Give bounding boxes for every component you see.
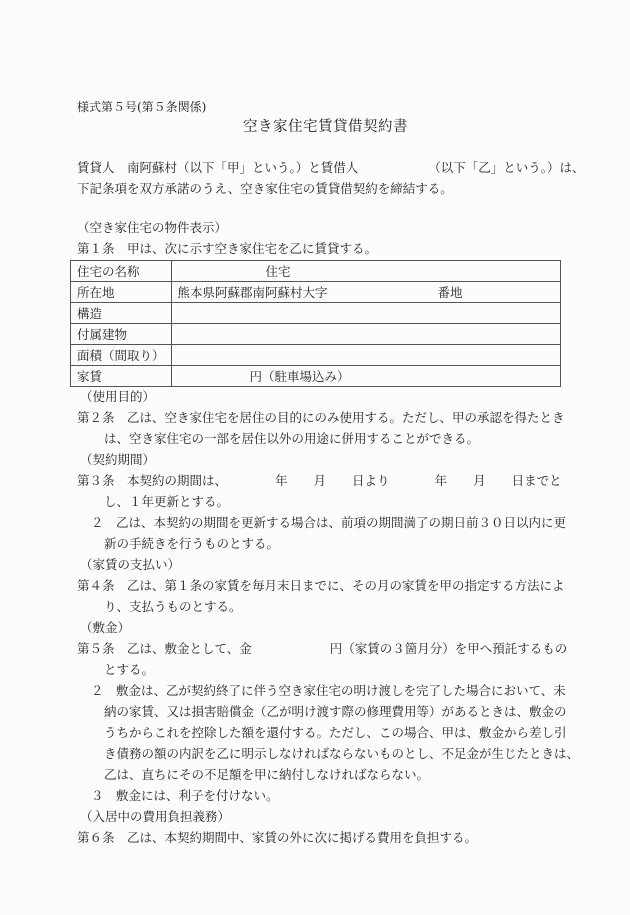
table-row: 付属建物	[71, 324, 561, 345]
article-5-para-2-line-5: 乙は、直ちにその不足額を甲に納付しなければならない。	[104, 769, 429, 782]
row-value-structure	[171, 303, 560, 324]
row-label-structure: 構造	[71, 303, 172, 324]
address-suffix: 番地	[438, 285, 463, 300]
property-table: 住宅の名称 住宅 所在地 熊本県阿蘇郡南阿蘇村大字番地 構造 付属建物 面積（間…	[70, 260, 561, 387]
article-5-para-2-line-1: ２ 敷金は、乙が契約終了に伴う空き家住宅の明け渡しを完了した場合において、未	[91, 685, 566, 698]
house-suffix: 住宅	[266, 264, 291, 279]
row-value-location: 熊本県阿蘇郡南阿蘇村大字番地	[171, 282, 560, 303]
row-label-area: 面積（間取り）	[71, 345, 172, 366]
article-4-line-2: り、支払うものとする。	[104, 601, 242, 614]
form-number: 様式第５号(第５条関係)	[77, 101, 206, 113]
preamble-line-2: 下記条項を双方承諾のうえ、空き家住宅の賃貸借契約を締結する。	[77, 183, 453, 196]
preamble-tail-text: （以下「乙」という。）は、	[428, 160, 584, 175]
article-3-heading: （契約期間）	[80, 454, 155, 467]
deposit-tail: 円（家賃の３箇月分）を甲へ預託するもの	[330, 641, 568, 656]
article-3-line-1: 第３条 本契約の期間は、年月日より年月日までと	[77, 475, 562, 488]
article-3-para-2-line-1: ２ 乙は、本契約の期間を更新する場合は、前項の期間満了の期日前３０日以内に更	[91, 517, 566, 530]
end-day-label: 日までと	[512, 473, 562, 488]
table-row: 所在地 熊本県阿蘇郡南阿蘇村大字番地	[71, 282, 561, 303]
article-3-line-2: し、１年更新とする。	[104, 496, 229, 509]
start-day-label: 日より	[352, 473, 390, 488]
article-5-line-1: 第５条 乙は、敷金として、金円（家賃の３箇月分）を甲へ預託するもの	[77, 643, 567, 656]
article-5-para-2-line-3: うちからこれを控除した額を還付する。ただし、この場合、甲は、敷金から差し引	[104, 727, 567, 740]
deposit-intro: 第５条 乙は、敷金として、金	[77, 641, 252, 656]
preamble-line-1: 賃貸人 南阿蘇村（以下「甲」という。）と賃借人（以下「乙」という。）は、	[77, 162, 585, 175]
article-2-line-1: 第２条 乙は、空き家住宅を居住の目的にのみ使用する。ただし、甲の承認を得たとき	[77, 412, 565, 425]
rent-suffix: 円（駐車場込み）	[250, 369, 350, 384]
row-value-annex	[171, 324, 560, 345]
article-5-para-2-line-2: 納の家賃、又は損害賠償金（乙が明け渡す際の修理費用等）があるときは、敷金の	[104, 706, 567, 719]
article-5-para-2-line-4: き債務の額の内訳を乙に明示しなければならないものとし、不足金が生じたときは、	[104, 748, 579, 761]
row-value-house-name: 住宅	[171, 261, 560, 282]
start-month-label: 月	[314, 473, 327, 488]
end-month-label: 月	[473, 473, 486, 488]
address-prefix: 熊本県阿蘇郡南阿蘇村大字	[178, 285, 328, 300]
table-row: 構造	[71, 303, 561, 324]
article-1-text: 第１条 甲は、次に示す空き家住宅を乙に賃貸する。	[77, 243, 377, 256]
article-2-line-2: は、空き家住宅の一部を居住以外の用途に併用することができる。	[104, 433, 479, 446]
row-label-location: 所在地	[71, 282, 172, 303]
table-row: 住宅の名称 住宅	[71, 261, 561, 282]
row-label-annex: 付属建物	[71, 324, 172, 345]
article-6-heading: （入居中の費用負担義務）	[80, 811, 230, 824]
period-intro: 第３条 本契約の期間は、	[77, 473, 227, 488]
article-5-para-3: ３ 敷金には、利子を付けない。	[91, 790, 279, 803]
row-value-area	[171, 345, 560, 366]
article-6-line-1: 第６条 乙は、本契約期間中、家賃の外に次に掲げる費用を負担する。	[77, 832, 477, 845]
row-label-rent: 家賃	[71, 366, 172, 387]
article-4-line-1: 第４条 乙は、第１条の家賃を毎月末日までに、その月の家賃を甲の指定する方法によ	[77, 580, 565, 593]
table-row: 面積（間取り）	[71, 345, 561, 366]
article-4-heading: （家賃の支払い）	[80, 559, 180, 572]
document-title: 空き家住宅賃貸借契約書	[243, 120, 408, 135]
article-2-heading: （使用目的）	[80, 391, 155, 404]
start-year-label: 年	[275, 473, 288, 488]
table-row: 家賃 円（駐車場込み）	[71, 366, 561, 387]
end-year-label: 年	[435, 473, 448, 488]
article-5-heading: （敷金）	[80, 622, 130, 635]
preamble-lessor-text: 賃貸人 南阿蘇村（以下「甲」という。）と賃借人	[77, 160, 358, 175]
row-label-house-name: 住宅の名称	[71, 261, 172, 282]
article-3-para-2-line-2: 新の手続きを行うものとする。	[104, 538, 279, 551]
article-5-line-2: とする。	[104, 664, 154, 677]
row-value-rent: 円（駐車場込み）	[171, 366, 560, 387]
article-1-heading: （空き家住宅の物件表示）	[77, 222, 227, 235]
